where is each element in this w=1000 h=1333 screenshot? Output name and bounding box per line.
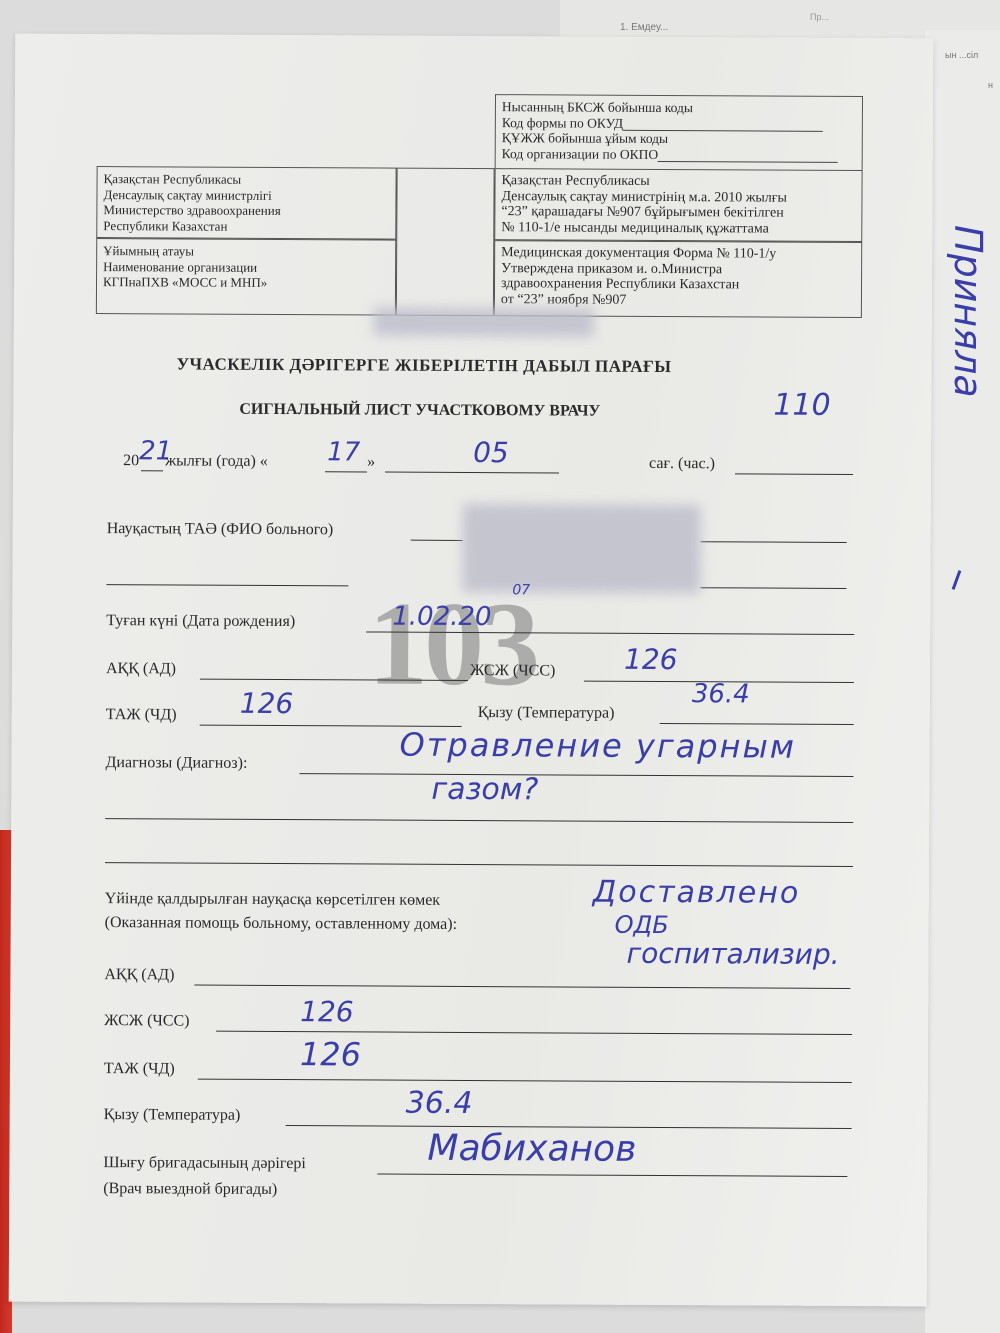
doctor-label-kz: Шығу бригадасының дәрігері bbox=[103, 1154, 305, 1173]
after-hr-label: ЖСЖ (ЧСС) bbox=[104, 1012, 189, 1030]
codes-line: Нысанның БКСЖ бойынша коды bbox=[502, 99, 856, 116]
rr-value[interactable]: 126 bbox=[240, 687, 294, 720]
help-value-line2[interactable]: ОДБ bbox=[615, 911, 669, 939]
doctor-signature[interactable]: Мабиханов bbox=[427, 1128, 636, 1170]
signal-sheet-document: Нысанның БКСЖ бойынша коды Код формы по … bbox=[9, 34, 934, 1307]
approval-line: здравоохранения Республики Казахстан bbox=[501, 276, 855, 293]
approval-line: Денсаулық сақтау министрінің м.а. 2010 ж… bbox=[501, 189, 855, 206]
org-line: Ұйымның атауы bbox=[103, 243, 389, 260]
approval-line: Қазақстан Республикасы bbox=[502, 173, 856, 190]
doctor-label-ru: (Врач выездной бригады) bbox=[103, 1180, 277, 1199]
organization-box: Ұйымның атауы Наименование организации К… bbox=[96, 238, 396, 316]
codes-line: Код организации по ОКПО bbox=[502, 146, 856, 163]
approval-line: от “23” ноября №907 bbox=[501, 292, 855, 309]
rr-label: ТАЖ (ЧД) bbox=[106, 706, 177, 724]
after-rr-label: ТАЖ (ЧД) bbox=[104, 1060, 175, 1078]
birth-date-superscript: 07 bbox=[512, 582, 530, 598]
hr-label: ЖСЖ (ЧСС) bbox=[470, 662, 555, 680]
approval-line: Утверждена приказом и. о.Министра bbox=[501, 261, 855, 278]
approval-line: № 110-1/е нысанды медициналық құжаттама bbox=[501, 220, 855, 237]
after-hr-value[interactable]: 126 bbox=[300, 995, 354, 1028]
title-ru: СИГНАЛЬНЫЙ ЛИСТ УЧАСТКОВОМУ ВРАЧУ bbox=[239, 401, 600, 421]
help-label-ru: (Оказанная помощь больному, оставленному… bbox=[105, 914, 457, 934]
ministry-line: Денсаулық сақтау министрлігі bbox=[103, 187, 389, 204]
diagnosis-value-line1[interactable]: Отравление угарным bbox=[400, 726, 797, 766]
hour-label: сағ. (час.) bbox=[649, 455, 715, 473]
ministry-line: Қазақстан Республикасы bbox=[104, 171, 390, 188]
bp-label: АҚҚ (АД) bbox=[106, 660, 176, 678]
help-value-line3[interactable]: госпитализир. bbox=[626, 937, 839, 971]
date-year-label: жылғы (года) « bbox=[165, 452, 268, 471]
date-close-quote: » bbox=[367, 453, 375, 471]
after-rr-value[interactable]: 126 bbox=[300, 1035, 361, 1073]
date-day-value[interactable]: 17 bbox=[327, 437, 360, 467]
spacer-box bbox=[396, 168, 495, 317]
diagnosis-value-line2[interactable]: газом? bbox=[431, 772, 538, 808]
org-line: КГПнаПХВ «МОСС и МНП» bbox=[103, 274, 389, 291]
ministry-box: Қазақстан Республикасы Денсаулық сақтау … bbox=[96, 166, 396, 240]
side-handwritten-note: Приняла bbox=[946, 225, 990, 398]
codes-box: Нысанның БКСЖ бойынша коды Код формы по … bbox=[495, 94, 863, 170]
temp-value[interactable]: 36.4 bbox=[692, 679, 750, 709]
date-month-value[interactable]: 05 bbox=[473, 436, 509, 469]
diagnosis-label: Диагнозы (Диагноз): bbox=[105, 754, 247, 773]
background-text: Пр... bbox=[810, 12, 829, 22]
approval-ru-box: Медицинская документация Форма № 110-1/у… bbox=[494, 240, 862, 318]
approval-kz-box: Қазақстан Республикасы Денсаулық сақтау … bbox=[494, 168, 862, 242]
background-text: н bbox=[988, 80, 993, 90]
hr-value[interactable]: 126 bbox=[624, 643, 678, 676]
title-kz: УЧАСКЕЛІК ДӘРІГЕРГЕ ЖІБЕРІЛЕТІН ДАБЫЛ ПА… bbox=[177, 354, 672, 377]
after-temp-value[interactable]: 36.4 bbox=[406, 1086, 473, 1121]
handwritten-number: 110 bbox=[773, 388, 830, 423]
approval-line: “23” қарашадағы №907 бұйрығымен бекітілг… bbox=[501, 204, 855, 221]
help-value-line1[interactable]: Доставлено bbox=[593, 875, 801, 911]
ministry-line: Республики Казахстан bbox=[103, 218, 389, 235]
org-line: Наименование организации bbox=[103, 259, 389, 276]
codes-line: ҚҰЖЖ бойынша ұйым коды bbox=[502, 130, 856, 147]
birth-date-label: Туған күні (Дата рождения) bbox=[106, 612, 295, 631]
birth-date-value[interactable]: 1.02.20 bbox=[392, 602, 491, 633]
background-text: ын ...сіл bbox=[945, 50, 978, 60]
patient-name-label: Науқастың ТАӘ (ФИО больного) bbox=[107, 520, 334, 539]
redacted-area bbox=[374, 307, 594, 336]
temp-label: Қызу (Температура) bbox=[478, 704, 615, 723]
date-century: 20 bbox=[123, 452, 139, 470]
after-temp-label: Қызу (Температура) bbox=[104, 1106, 241, 1125]
after-bp-label: АҚҚ (АД) bbox=[104, 966, 174, 984]
ministry-line: Министерство здравоохранения bbox=[103, 202, 389, 219]
approval-line: Медицинская документация Форма № 110-1/у bbox=[501, 245, 855, 262]
background-text: 1. Емдеу... bbox=[620, 22, 668, 33]
codes-line: Код формы по ОКУД bbox=[502, 115, 856, 132]
help-label-kz: Үйінде қалдырылған науқасқа көрсетілген … bbox=[105, 890, 440, 910]
